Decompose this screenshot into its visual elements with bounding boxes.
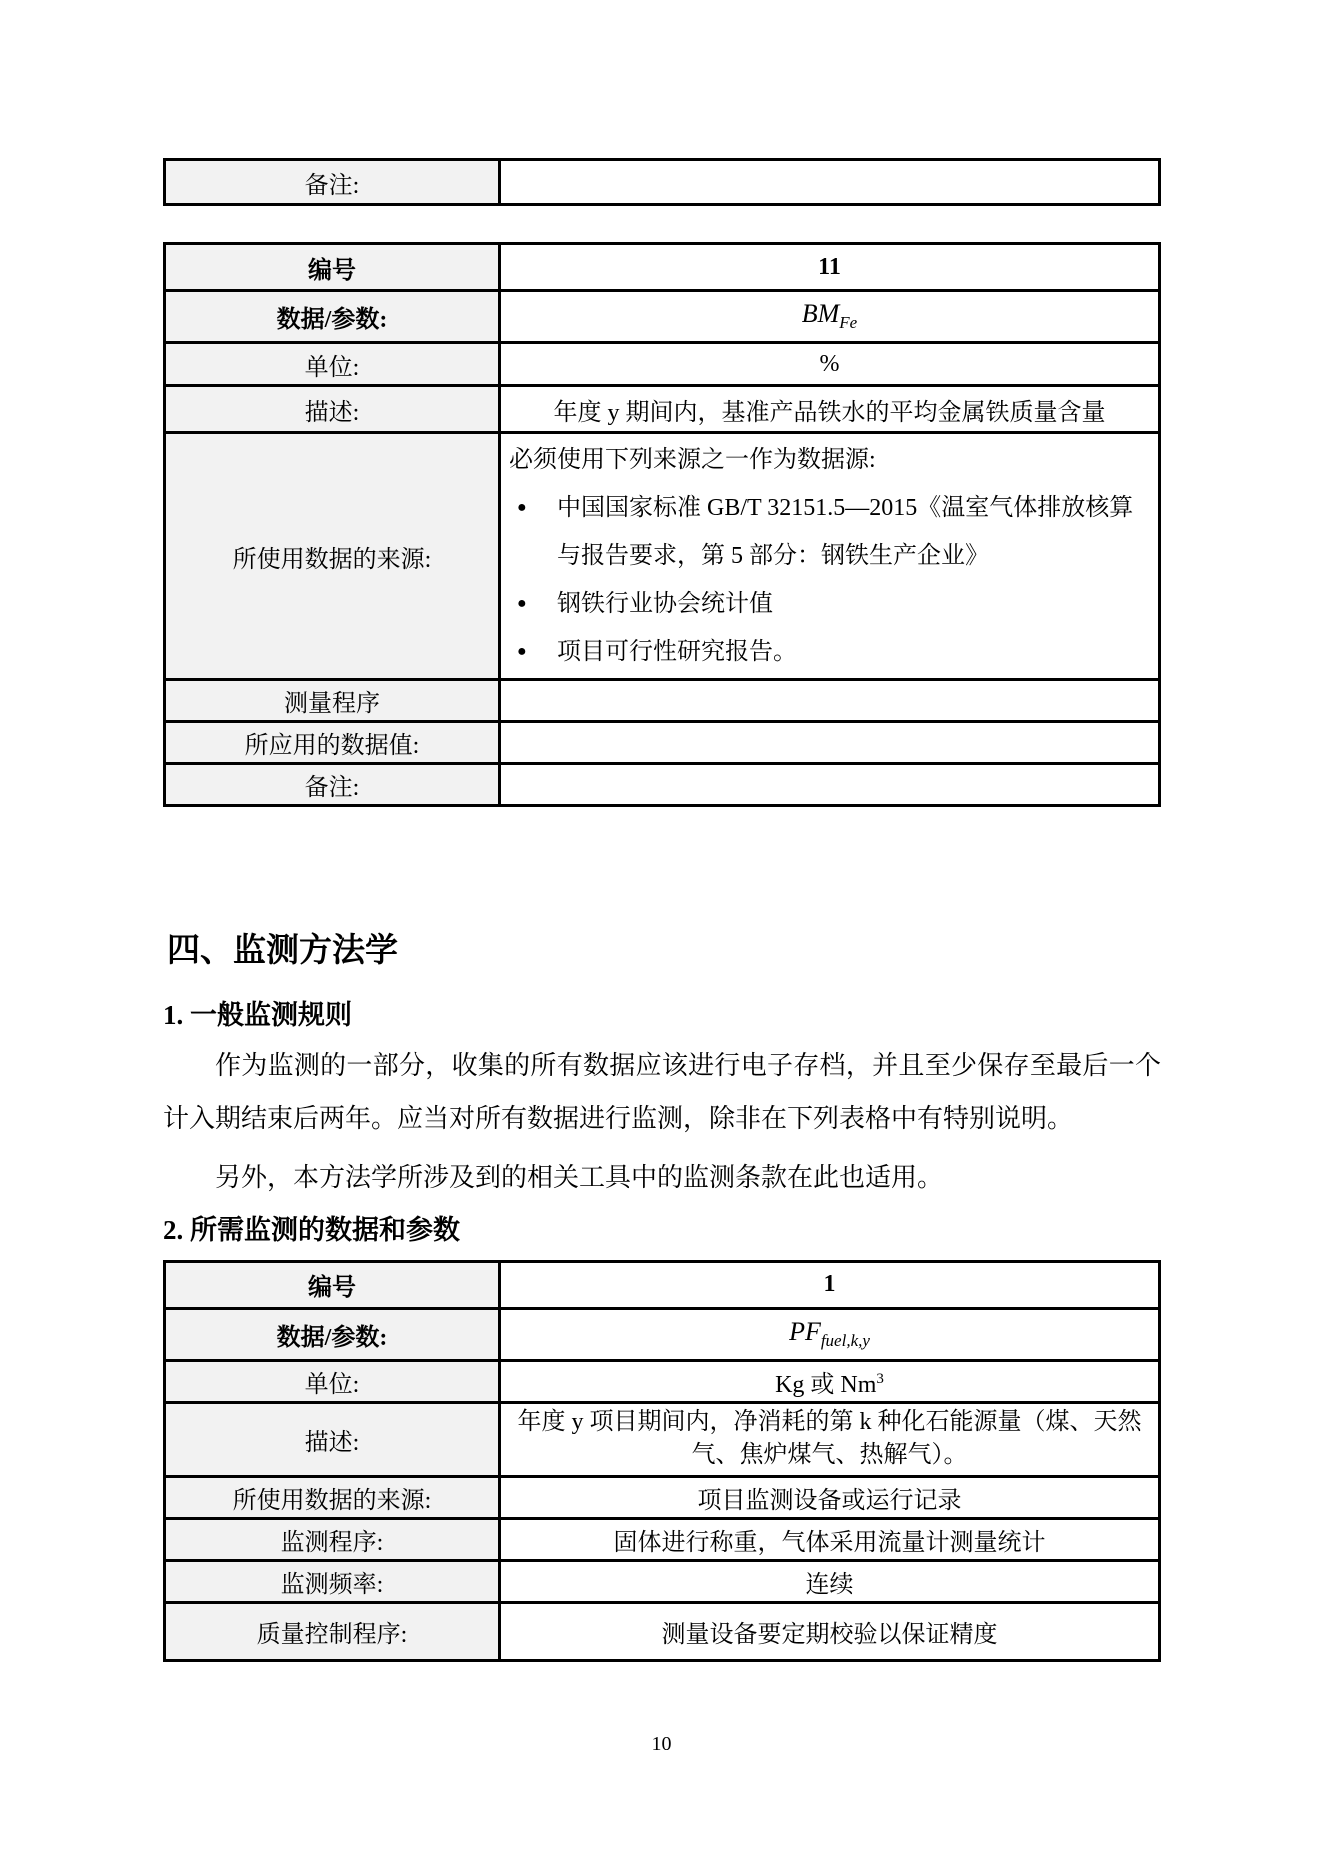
unit-value: % <box>500 343 1160 386</box>
source-value: 必须使用下列来源之一作为数据源: ● 中国国家标准 GB/T 32151.5—2… <box>500 433 1160 680</box>
source-label: 所使用数据的来源: <box>165 433 500 680</box>
description-value: 年度 y 期间内，基准产品铁水的平均金属铁质量含量 <box>500 386 1160 433</box>
measurement-procedure-label: 测量程序 <box>165 680 500 722</box>
table-row: 监测程序: 固体进行称重，气体采用流量计测量统计 <box>165 1518 1160 1560</box>
formula: BMFe <box>802 299 857 328</box>
bullet-icon: ● <box>517 580 527 628</box>
id-value: 11 <box>500 244 1160 291</box>
list-item: ● 项目可行性研究报告。 <box>509 628 1150 676</box>
table-row: 单位: Kg 或 Nm3 <box>165 1360 1160 1402</box>
unit-text: Kg 或 Nm <box>775 1372 876 1398</box>
monitoring-frequency-label: 监测频率: <box>165 1560 500 1602</box>
param-formula: PFfuel,k,y <box>500 1308 1160 1360</box>
formula-subscript: fuel,k,y <box>821 1331 870 1350</box>
page-number: 10 <box>0 1733 1323 1756</box>
unit-value: Kg 或 Nm3 <box>500 1360 1160 1402</box>
description-label: 描述: <box>165 386 500 433</box>
remark-value <box>500 764 1160 806</box>
param-label: 数据/参数: <box>165 1308 500 1360</box>
bullet-icon: ● <box>517 484 527 532</box>
table-row: 测量程序 <box>165 680 1160 722</box>
measurement-procedure-value <box>500 680 1160 722</box>
quality-control-label: 质量控制程序: <box>165 1602 500 1660</box>
paragraph-general-rules-2: 另外，本方法学所涉及到的相关工具中的监测条款在此也适用。 <box>163 1151 1161 1204</box>
page-content: 备注: 编号 11 数据/参数: BMFe 单位: % 描述: <box>163 0 1161 1662</box>
unit-label: 单位: <box>165 1360 500 1402</box>
table-row: 备注: <box>165 764 1160 806</box>
table-row: 所使用数据的来源: 项目监测设备或运行记录 <box>165 1476 1160 1518</box>
table-row: 数据/参数: PFfuel,k,y <box>165 1308 1160 1360</box>
bullet-icon: ● <box>517 628 527 676</box>
remark-label: 备注: <box>165 764 500 806</box>
table-row: 描述: 年度 y 项目期间内，净消耗的第 k 种化石能源量（煤、天然气、焦炉煤气… <box>165 1402 1160 1476</box>
formula-base: BM <box>802 299 840 328</box>
source-label: 所使用数据的来源: <box>165 1476 500 1518</box>
monitoring-procedure-label: 监测程序: <box>165 1518 500 1560</box>
table-row: 编号 11 <box>165 244 1160 291</box>
remark-value <box>500 160 1160 205</box>
unit-superscript: 3 <box>876 1371 884 1387</box>
list-item: ● 中国国家标准 GB/T 32151.5—2015《温室气体排放核算与报告要求… <box>509 484 1150 580</box>
table-parameter-11: 编号 11 数据/参数: BMFe 单位: % 描述: 年度 y 期间内，基准产… <box>163 242 1161 807</box>
list-item-text: 项目可行性研究报告。 <box>557 639 797 665</box>
param-label: 数据/参数: <box>165 291 500 343</box>
section-heading: 四、监测方法学 <box>167 932 1161 972</box>
table-parameter-1: 编号 1 数据/参数: PFfuel,k,y 单位: Kg 或 Nm3 描述: … <box>163 1260 1161 1662</box>
unit-label: 单位: <box>165 343 500 386</box>
formula-subscript: Fe <box>839 314 857 333</box>
table-row: 单位: % <box>165 343 1160 386</box>
table-remnant: 备注: <box>163 158 1161 206</box>
id-label: 编号 <box>165 1261 500 1308</box>
table-row: 所应用的数据值: <box>165 722 1160 764</box>
source-value: 项目监测设备或运行记录 <box>500 1476 1160 1518</box>
table-row: 描述: 年度 y 期间内，基准产品铁水的平均金属铁质量含量 <box>165 386 1160 433</box>
table-row: 质量控制程序: 测量设备要定期校验以保证精度 <box>165 1602 1160 1660</box>
table-row: 监测频率: 连续 <box>165 1560 1160 1602</box>
subsection-1-heading: 1. 一般监测规则 <box>163 998 1161 1033</box>
quality-control-value: 测量设备要定期校验以保证精度 <box>500 1602 1160 1660</box>
id-value: 1 <box>500 1261 1160 1308</box>
formula: PFfuel,k,y <box>789 1317 870 1346</box>
list-item-text: 中国国家标准 GB/T 32151.5—2015《温室气体排放核算与报告要求，第… <box>557 495 1133 569</box>
paragraph-general-rules-1: 作为监测的一部分，收集的所有数据应该进行电子存档，并且至少保存至最后一个计入期结… <box>163 1039 1161 1146</box>
id-label: 编号 <box>165 244 500 291</box>
list-item: ● 钢铁行业协会统计值 <box>509 580 1150 628</box>
formula-base: PF <box>789 1317 821 1346</box>
description-value: 年度 y 项目期间内，净消耗的第 k 种化石能源量（煤、天然气、焦炉煤气、热解气… <box>500 1402 1160 1476</box>
source-intro: 必须使用下列来源之一作为数据源: <box>509 436 1150 484</box>
applied-data-value <box>500 722 1160 764</box>
monitoring-frequency-value: 连续 <box>500 1560 1160 1602</box>
monitoring-procedure-value: 固体进行称重，气体采用流量计测量统计 <box>500 1518 1160 1560</box>
description-label: 描述: <box>165 1402 500 1476</box>
param-formula: BMFe <box>500 291 1160 343</box>
remark-label: 备注: <box>165 160 500 205</box>
document-page: 备注: 编号 11 数据/参数: BMFe 单位: % 描述: <box>0 0 1323 1871</box>
list-item-text: 钢铁行业协会统计值 <box>557 591 773 617</box>
table-row: 所使用数据的来源: 必须使用下列来源之一作为数据源: ● 中国国家标准 GB/T… <box>165 433 1160 680</box>
applied-data-label: 所应用的数据值: <box>165 722 500 764</box>
table-row: 数据/参数: BMFe <box>165 291 1160 343</box>
subsection-2-heading: 2. 所需监测的数据和参数 <box>163 1213 1161 1248</box>
table-row: 备注: <box>165 160 1160 205</box>
table-row: 编号 1 <box>165 1261 1160 1308</box>
